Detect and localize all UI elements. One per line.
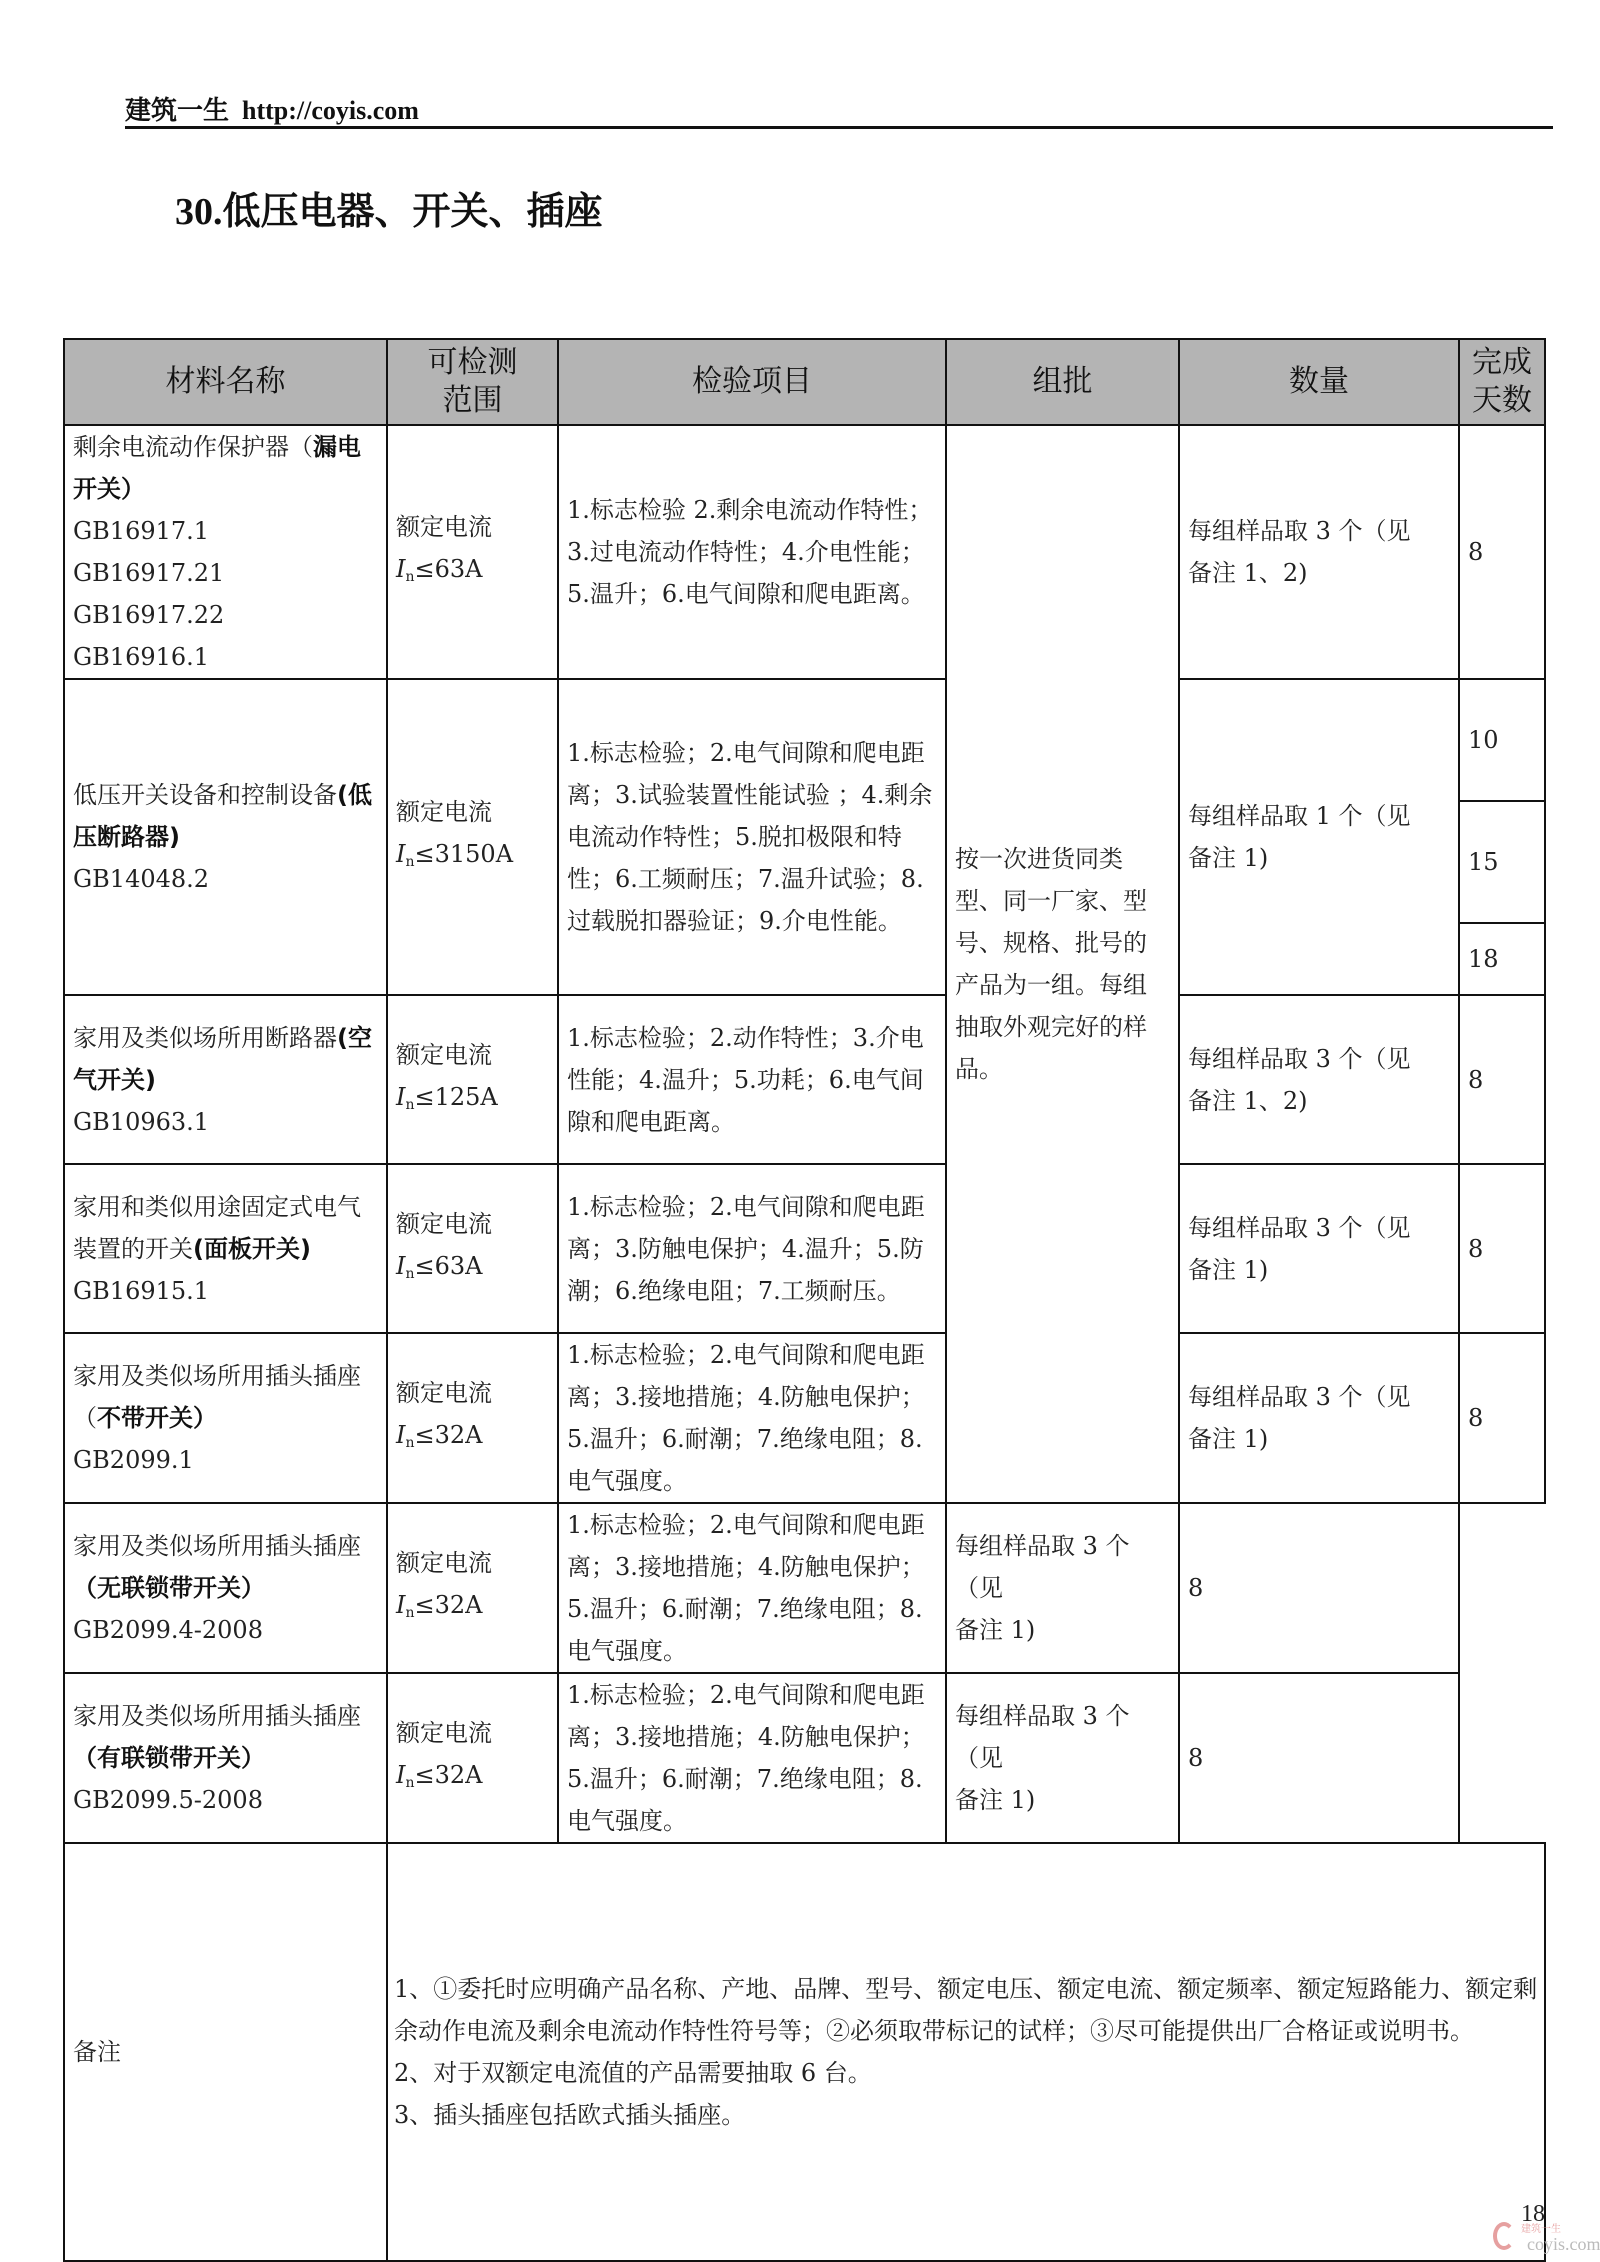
days-cell: 8 (1459, 995, 1545, 1164)
quantity-cell: 每组样品取 3 个（见备注 1) (946, 1673, 1179, 1843)
range-cell: 额定电流In≤32A (387, 1673, 558, 1843)
quantity-cell: 每组样品取 3 个（见备注 1) (946, 1503, 1179, 1673)
table-row: 家用及类似场所用插头插座（无联锁带开关） GB2099.4-2008 额定电流I… (64, 1503, 1545, 1673)
items-cell: 1.标志检验；2.电气间隙和爬电距离；3.防触电保护；4.温升；5.防潮；6.绝… (558, 1164, 946, 1333)
inspection-table: 材料名称 可检测范围 检验项目 组批 数量 完成天数 剩余电流动作保护器（漏电开… (63, 338, 1546, 2262)
material-name-cell: 家用及类似场所用插头插座（无联锁带开关） GB2099.4-2008 (64, 1503, 387, 1673)
items-cell: 1.标志检验；2.动作特性；3.介电性能；4.温升；5.功耗；6.电气间隙和爬电… (558, 995, 946, 1164)
table-row: 家用和类似用途固定式电气装置的开关(面板开关) GB16915.1 额定电流In… (64, 1164, 1545, 1333)
remarks-content: 1、①委托时应明确产品名称、产地、品牌、型号、额定电压、额定电流、额定频率、额定… (387, 1843, 1545, 2261)
material-name-cell: 家用和类似用途固定式电气装置的开关(面板开关) GB16915.1 (64, 1164, 387, 1333)
remark-note: 2、对于双额定电流值的产品需要抽取 6 台。 (394, 2052, 1538, 2094)
days-cell: 8 (1179, 1503, 1459, 1673)
items-cell: 1.标志检验；2.电气间隙和爬电距离；3.接地措施；4.防触电保护；5.温升；6… (558, 1673, 946, 1843)
range-cell: 额定电流In≤3150A (387, 679, 558, 995)
days-cell: 8 (1179, 1673, 1459, 1843)
remarks-label: 备注 (64, 1843, 387, 2261)
days-cell: 18 (1459, 923, 1545, 995)
quantity-cell: 每组样品取 3 个（见备注 1、2) (1179, 425, 1459, 679)
col-header-batch: 组批 (946, 339, 1179, 425)
col-header-range: 可检测范围 (387, 339, 558, 425)
range-cell: 额定电流In≤32A (387, 1333, 558, 1503)
site-header: 建筑一生 http://coyis.com (125, 90, 419, 127)
items-cell: 1.标志检验 2.剩余电流动作特性；3.过电流动作特性；4.介电性能；5.温升；… (558, 425, 946, 679)
batch-rule-cell: 按一次进货同类型、同一厂家、型号、规格、批号的产品为一组。每组抽取外观完好的样品… (946, 425, 1179, 1503)
watermark: 建筑一生 coyis.com (1493, 2220, 1593, 2256)
col-header-days: 完成天数 (1459, 339, 1545, 425)
watermark-site-name: 建筑一生 (1521, 2220, 1561, 2235)
table-header-row: 材料名称 可检测范围 检验项目 组批 数量 完成天数 (64, 339, 1545, 425)
range-cell: 额定电流In≤125A (387, 995, 558, 1164)
days-cell: 15 (1459, 801, 1545, 923)
material-name-cell: 低压开关设备和控制设备(低压断路器) GB14048.2 (64, 679, 387, 995)
items-cell: 1.标志检验；2.电气间隙和爬电距离；3.接地措施；4.防触电保护；5.温升；6… (558, 1503, 946, 1673)
quantity-cell: 每组样品取 1 个（见备注 1) (1179, 679, 1459, 995)
material-name-cell: 剩余电流动作保护器（漏电开关） GB16917.1GB16917.21GB169… (64, 425, 387, 679)
quantity-cell: 每组样品取 3 个（见备注 1、2) (1179, 995, 1459, 1164)
days-cell: 8 (1459, 425, 1545, 679)
standards: GB16917.1GB16917.21GB16917.22GB16916.1 (73, 517, 224, 671)
col-header-name: 材料名称 (64, 339, 387, 425)
col-header-quantity: 数量 (1179, 339, 1459, 425)
material-name-cell: 家用及类似场所用插头插座（不带开关） GB2099.1 (64, 1333, 387, 1503)
range-cell: 额定电流In≤63A (387, 1164, 558, 1333)
items-cell: 1.标志检验；2.电气间隙和爬电距离；3.试验装置性能试验 ；4.剩余电流动作特… (558, 679, 946, 995)
watermark-text: coyis.com (1527, 2234, 1600, 2255)
days-cell: 8 (1459, 1164, 1545, 1333)
material-name-cell: 家用及类似场所用断路器(空气开关) GB10963.1 (64, 995, 387, 1164)
items-cell: 1.标志检验；2.电气间隙和爬电距离；3.接地措施；4.防触电保护；5.温升；6… (558, 1333, 946, 1503)
col-header-items: 检验项目 (558, 339, 946, 425)
material-name-cell: 家用及类似场所用插头插座（有联锁带开关） GB2099.5-2008 (64, 1673, 387, 1843)
site-url[interactable]: http://coyis.com (242, 96, 419, 125)
table-row: 家用及类似场所用插头插座（有联锁带开关） GB2099.5-2008 额定电流I… (64, 1673, 1545, 1843)
page-header: 建筑一生 http://coyis.com (125, 86, 1553, 129)
remarks-row: 备注 1、①委托时应明确产品名称、产地、品牌、型号、额定电压、额定电流、额定频率… (64, 1843, 1545, 2261)
page-title: 30.低压电器、开关、插座 (175, 180, 603, 235)
remark-note: 3、插头插座包括欧式插头插座。 (394, 2094, 1538, 2136)
days-cell: 10 (1459, 679, 1545, 801)
remark-note: 1、①委托时应明确产品名称、产地、品牌、型号、额定电压、额定电流、额定频率、额定… (394, 1968, 1538, 2052)
quantity-cell: 每组样品取 3 个（见备注 1) (1179, 1164, 1459, 1333)
table-row: 低压开关设备和控制设备(低压断路器) GB14048.2 额定电流In≤3150… (64, 679, 1545, 801)
quantity-cell: 每组样品取 3 个（见备注 1) (1179, 1333, 1459, 1503)
range-cell: 额定电流In≤32A (387, 1503, 558, 1673)
table-row: 家用及类似场所用断路器(空气开关) GB10963.1 额定电流In≤125A … (64, 995, 1545, 1164)
site-name: 建筑一生 (125, 96, 229, 125)
watermark-logo-icon (1493, 2222, 1515, 2250)
table-row: 家用及类似场所用插头插座（不带开关） GB2099.1 额定电流In≤32A 1… (64, 1333, 1545, 1503)
table-row: 剩余电流动作保护器（漏电开关） GB16917.1GB16917.21GB169… (64, 425, 1545, 679)
range-cell: 额定电流In≤63A (387, 425, 558, 679)
days-cell: 8 (1459, 1333, 1545, 1503)
